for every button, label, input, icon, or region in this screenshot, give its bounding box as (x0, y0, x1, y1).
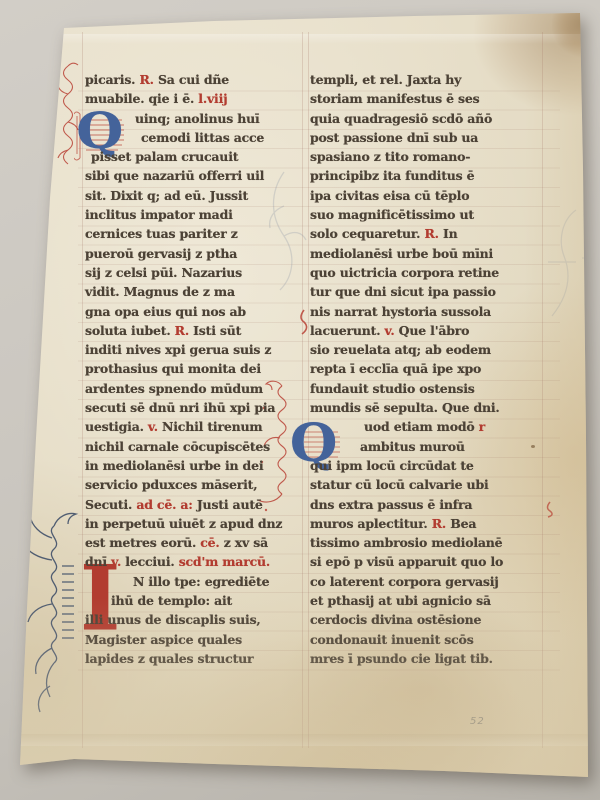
text-line: Magister aspice quales (85, 632, 301, 651)
body-text: Que l'ābro (395, 323, 470, 338)
text-line: pueroū gervasij z ptha (85, 246, 301, 265)
parchment-crease-top (14, 34, 594, 44)
text-line: templi, et rel. Jaxta hy (310, 72, 550, 91)
text-line: sit. Dixit q; ad eū. Jussit (85, 188, 301, 207)
text-line: uestigia. v. Nichil tirenum (85, 419, 301, 438)
text-line: gna opa eius qui nos ab (85, 304, 301, 323)
rubric-text: v. (111, 554, 121, 569)
text-line: quo uictricia corpora retine (310, 265, 550, 284)
text-line: soluta iubet. R. Isti sūt (85, 323, 301, 342)
body-text: ihū de templo: ait (111, 593, 232, 608)
text-line: in perpetuū uiuēt z apud dnz (85, 516, 301, 535)
text-line: tur que dni sicut ipa passio (310, 284, 550, 303)
text-line: co laterent corpora gervasij (310, 574, 550, 593)
text-line: in mediolanēsi urbe in dei (85, 458, 301, 477)
text-line: nis narrat hystoria sussola (310, 304, 550, 323)
body-text: in mediolanēsi urbe in dei (85, 458, 263, 473)
body-text: muros aplectitur. (310, 516, 432, 531)
rubric-text: r (479, 419, 485, 434)
ruling-vertical-gutter-b (308, 32, 309, 748)
body-text: tissimo ambrosio mediolanē (310, 535, 502, 550)
text-line: N illo tpe: egrediēte (85, 574, 301, 593)
cadel-penwork-initial-i (20, 508, 84, 718)
body-text: lapides z quales structur (85, 651, 253, 666)
text-line: lapides z quales structur (85, 651, 301, 670)
body-text: cerdocis divina ostēsione (310, 612, 481, 627)
body-text: servicio pduxces māserit, (85, 477, 257, 492)
text-line: est metres eorū. cē. z xv sā (85, 535, 301, 554)
body-text: est metres eorū. (85, 535, 200, 550)
body-text: fundauit studio ostensis (310, 381, 475, 396)
body-text: storiam manifestus ē ses (310, 91, 479, 106)
text-line: mundis sē sepulta. Que dni. (310, 400, 550, 419)
text-line: sibi que nazariū offerri uil (85, 168, 301, 187)
text-line: secuti sē dnū nri ihū xpi pia (85, 400, 301, 419)
rubric-text: scd'm marcū. (179, 554, 270, 569)
body-text: lecciui. (121, 554, 179, 569)
body-text: quo uictricia corpora retine (310, 265, 499, 280)
photo-background: Q Q (0, 0, 600, 800)
text-line: uinq; anolinus huī (85, 111, 301, 130)
body-text: prothasius qui monita dei (85, 361, 261, 376)
text-line: suo magnificētissimo ut (310, 207, 550, 226)
body-text: illi unus de discaplis suis, (85, 612, 261, 627)
text-line: mres ī psundo cie ligat tib. (310, 651, 550, 670)
text-column-right: templi, et rel. Jaxta hystoriam manifest… (310, 72, 550, 670)
body-text: in perpetuū uiuēt z apud dnz (85, 516, 282, 531)
body-text: tur que dni sicut ipa passio (310, 284, 496, 299)
body-text: secuti sē dnū nri ihū xpi pia (85, 400, 275, 415)
body-text: principibz ita funditus ē (310, 168, 474, 183)
manuscript-leaf: Q Q (14, 8, 594, 784)
body-text: suo magnificētissimo ut (310, 207, 474, 222)
body-text: mediolanēsi urbe boū mīni (310, 246, 493, 261)
text-line: tissimo ambrosio mediolanē (310, 535, 550, 554)
text-column-left: picaris. R. Sa cui dñemuabile. qie i ē. … (85, 72, 301, 670)
text-line: picaris. R. Sa cui dñe (85, 72, 301, 91)
text-line: si epō p visū apparuit quo lo (310, 554, 550, 573)
body-text: post passione dnī sub ua (310, 130, 478, 145)
body-text: mundis sē sepulta. Que dni. (310, 400, 500, 415)
text-line: ipa civitas eisa cū tēplo (310, 188, 550, 207)
body-text: ardentes spnendo mūdum (85, 381, 263, 396)
text-line: dns extra passus ē infra (310, 497, 550, 516)
body-text: picaris. (85, 72, 139, 87)
body-text: repta ī ecclīa quā ipe xpo (310, 361, 481, 376)
text-line: quia quadragesiō scdō añō (310, 111, 550, 130)
body-text: Magister aspice quales (85, 632, 242, 647)
rubric-text: l.viij (198, 91, 227, 106)
body-text: soluta iubet. (85, 323, 175, 338)
body-text: sibi que nazariū offerri uil (85, 168, 264, 183)
body-text: nis narrat hystoria sussola (310, 304, 491, 319)
text-line: ambitus muroū (310, 439, 550, 458)
text-line: muabile. qie i ē. l.viij (85, 91, 301, 110)
body-text: cemodi littas acce (141, 130, 264, 145)
rubric-text: R. (432, 516, 446, 531)
text-line: sij z celsi pūi. Nazarius (85, 265, 301, 284)
body-text: pisset palam crucauit (91, 149, 238, 164)
rubric-text: R. (175, 323, 189, 338)
text-line: repta ī ecclīa quā ipe xpo (310, 361, 550, 380)
text-line: solo cequaretur. R. In (310, 226, 550, 245)
body-text: N illo tpe: egrediēte (133, 574, 269, 589)
body-text: sit. Dixit q; ad eū. Jussit (85, 188, 248, 203)
text-line: ihū de templo: ait (85, 593, 301, 612)
text-line: inditi nives xpi gerua suis z (85, 342, 301, 361)
text-line: nichil carnale cōcupiscētes (85, 439, 301, 458)
text-line: qui ipm locū circūdat te (310, 458, 550, 477)
body-text: ipa civitas eisa cū tēplo (310, 188, 469, 203)
ruling-vertical-gutter-a (302, 32, 303, 748)
rubric-text: R. (424, 226, 438, 241)
text-line: pisset palam crucauit (85, 149, 301, 168)
text-line: vidit. Magnus de z ma (85, 284, 301, 303)
body-text: sio reuelata atq; ab eodem (310, 342, 491, 357)
leaf-shadow-wrap: Q Q (0, 0, 600, 800)
parchment-crease-bottom (14, 734, 594, 746)
text-line: ardentes spnendo mūdum (85, 381, 301, 400)
body-text: dns extra passus ē infra (310, 497, 472, 512)
text-line: sio reuelata atq; ab eodem (310, 342, 550, 361)
text-line: uod etiam modō r (310, 419, 550, 438)
text-line: prothasius qui monita dei (85, 361, 301, 380)
body-text: nichil carnale cōcupiscētes (85, 439, 270, 454)
text-line: illi unus de discaplis suis, (85, 612, 301, 631)
body-text: lacuerunt. (310, 323, 385, 338)
text-line: cerdocis divina ostēsione (310, 612, 550, 631)
body-text: Bea (446, 516, 476, 531)
body-text: mres ī psundo cie ligat tib. (310, 651, 493, 666)
body-text: gna opa eius qui nos ab (85, 304, 246, 319)
text-line: inclitus impator madi (85, 207, 301, 226)
text-line: dnī v. lecciui. scd'm marcū. (85, 554, 301, 573)
text-line: spasiano z tito romano- (310, 149, 550, 168)
body-text: co laterent corpora gervasij (310, 574, 499, 589)
body-text: qui ipm locū circūdat te (310, 458, 474, 473)
body-text: uestigia. (85, 419, 148, 434)
body-text: cernices tuas pariter z (85, 226, 238, 241)
text-line: statur cū locū calvarie ubi (310, 477, 550, 496)
body-text: Sa cui dñe (154, 72, 229, 87)
text-line: muros aplectitur. R. Bea (310, 516, 550, 535)
body-text: Nichil tirenum (158, 419, 263, 434)
body-text: Isti sūt (189, 323, 241, 338)
body-text: inditi nives xpi gerua suis z (85, 342, 271, 357)
rubric-text: R. (139, 72, 153, 87)
text-line: storiam manifestus ē ses (310, 91, 550, 110)
body-text: et pthasij at ubi agnicio sā (310, 593, 491, 608)
corner-stain (552, 8, 598, 58)
text-line: post passione dnī sub ua (310, 130, 550, 149)
body-text: sij z celsi pūi. Nazarius (85, 265, 242, 280)
rubric-text: cē. (200, 535, 219, 550)
text-line: Secuti. ad cē. a: Justi autē (85, 497, 301, 516)
text-line: principibz ita funditus ē (310, 168, 550, 187)
body-text: quia quadragesiō scdō añō (310, 111, 492, 126)
body-text: muabile. qie i ē. (85, 91, 198, 106)
text-line: condonauit inuenit scōs (310, 632, 550, 651)
rubric-text: v. (385, 323, 395, 338)
body-text: templi, et rel. Jaxta hy (310, 72, 461, 87)
body-text: spasiano z tito romano- (310, 149, 470, 164)
body-text: vidit. Magnus de z ma (85, 284, 235, 299)
body-text: z xv sā (220, 535, 268, 550)
text-line: servicio pduxces māserit, (85, 477, 301, 496)
body-text: uinq; anolinus huī (135, 111, 260, 126)
body-text: solo cequaretur. (310, 226, 424, 241)
rubric-text: ad cē. a: (136, 497, 192, 512)
text-line: cernices tuas pariter z (85, 226, 301, 245)
body-text: In (439, 226, 458, 241)
body-text: si epō p visū apparuit quo lo (310, 554, 503, 569)
body-text: condonauit inuenit scōs (310, 632, 474, 647)
body-text: Secuti. (85, 497, 136, 512)
body-text: statur cū locū calvarie ubi (310, 477, 489, 492)
body-text: dnī (85, 554, 111, 569)
text-line: fundauit studio ostensis (310, 381, 550, 400)
rubric-text: v. (148, 419, 158, 434)
body-text: ambitus muroū (360, 439, 465, 454)
text-line: cemodi littas acce (85, 130, 301, 149)
text-line: lacuerunt. v. Que l'ābro (310, 323, 550, 342)
body-text: uod etiam modō (364, 419, 479, 434)
body-text: pueroū gervasij z ptha (85, 246, 237, 261)
text-line: et pthasij at ubi agnicio sā (310, 593, 550, 612)
body-text: Justi autē (193, 497, 263, 512)
pencil-folio-number: 52 (470, 716, 485, 727)
body-text: inclitus impator madi (85, 207, 233, 222)
text-line: mediolanēsi urbe boū mīni (310, 246, 550, 265)
